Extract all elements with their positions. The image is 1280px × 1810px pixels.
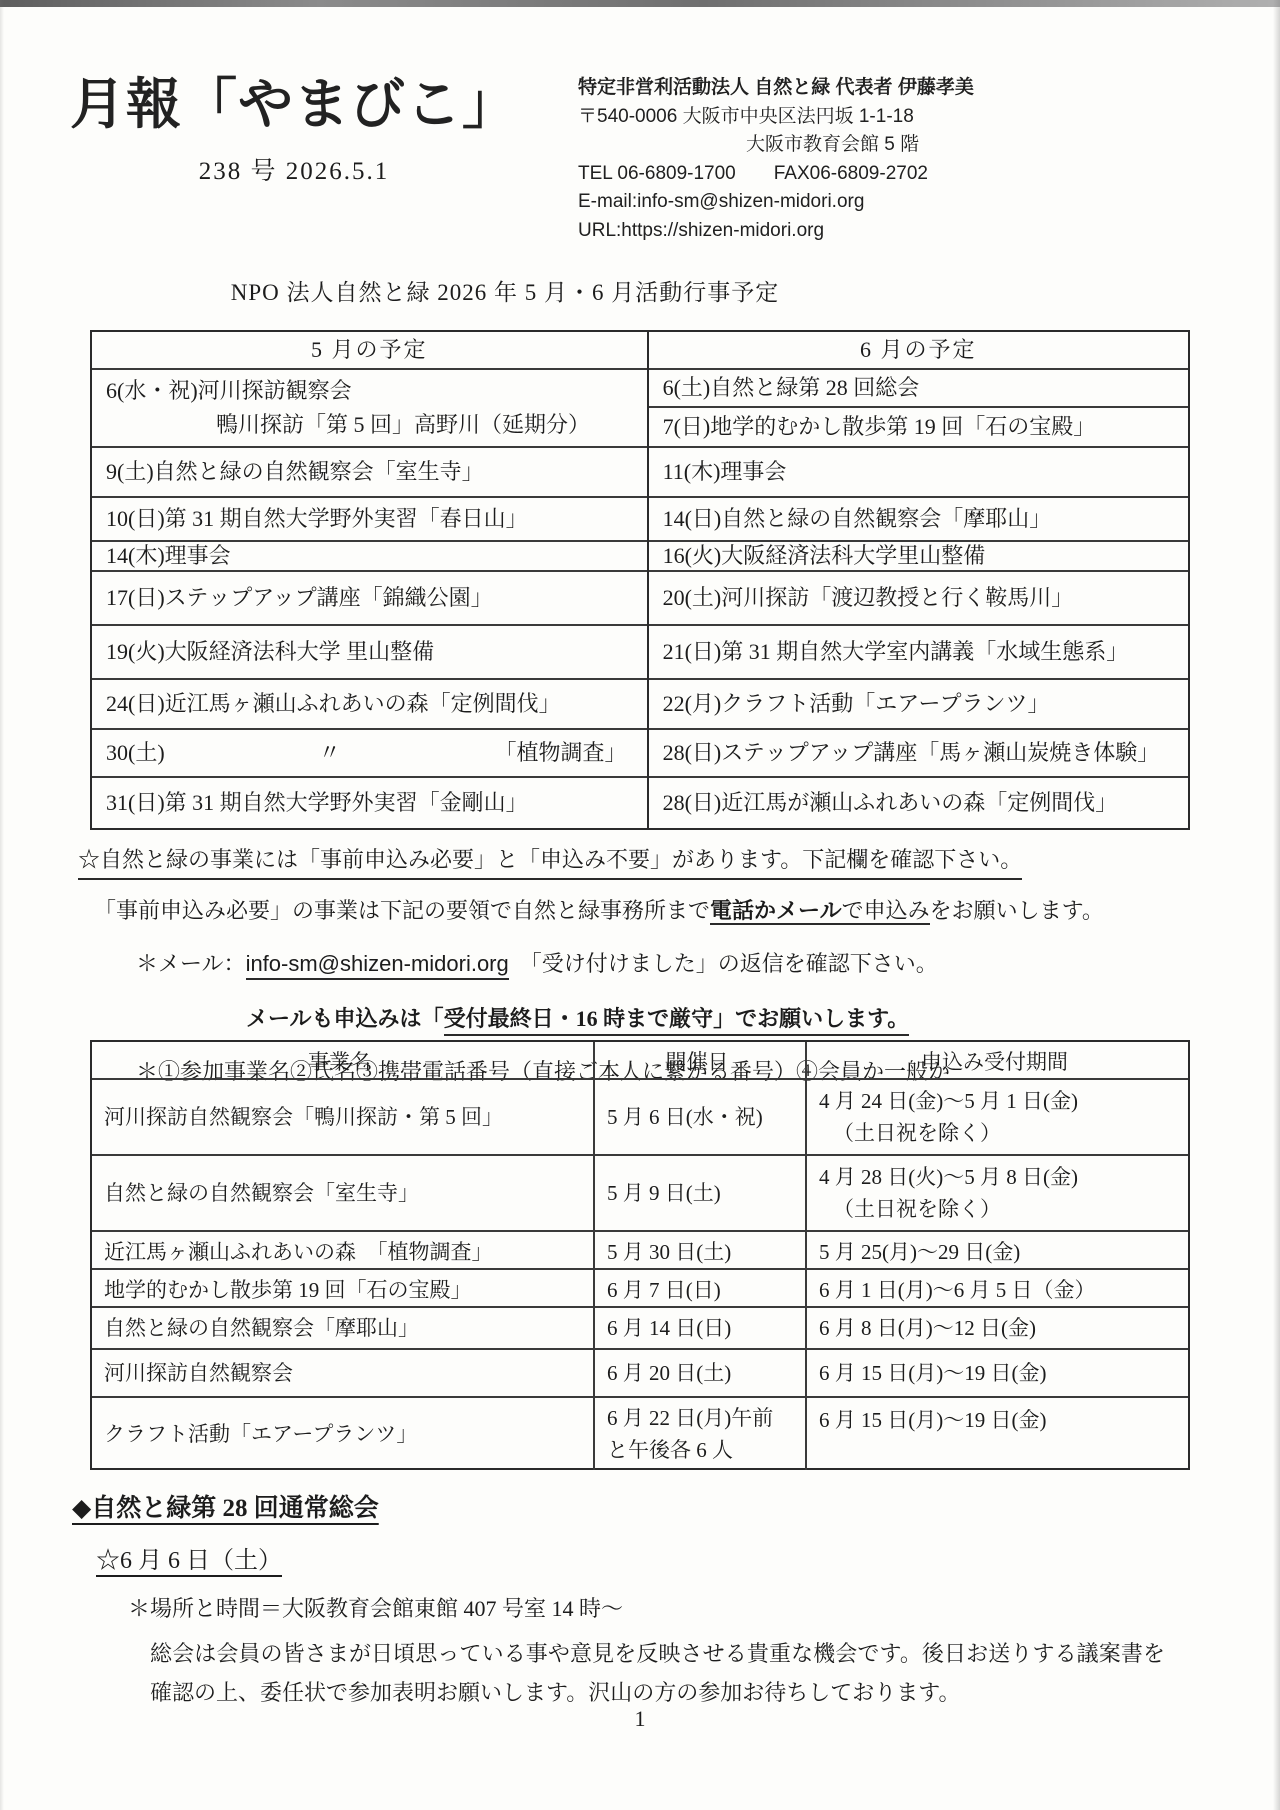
activity-row: 31(日)第 31 期自然大学野外実習「金剛山」 xyxy=(92,776,647,828)
schedule-section-title: NPO 法人自然と緑 2026 年 5 月・6 月活動行事予定 xyxy=(90,274,920,307)
activity-row: 22(月)クラフト活動「エアープランツ」 xyxy=(649,678,1188,728)
newsletter-title: 月報「やまびこ」 xyxy=(70,60,518,139)
activity-row: 9(土)自然と緑の自然観察会「室生寺」 xyxy=(92,446,647,496)
activity-row: 6(水・祝)河川探訪観察会 鴨川探訪「第 5 回」高野川（延期分） xyxy=(92,368,647,446)
ditto-mark: 〃 xyxy=(319,736,341,770)
activity-row: 17(日)ステップアップ講座「錦織公園」 xyxy=(92,570,647,624)
scan-edge-left xyxy=(0,0,4,1810)
signup-row: クラフト活動「エアープランツ」 6 月 22 日(月)午前と午後各 6 人 6 … xyxy=(92,1396,1188,1468)
activity-row: 14(木)理事会 xyxy=(92,540,647,570)
june-column: 6 月の予定 6(土)自然と緑第 28 回総会 7(日)地学的むかし散歩第 19… xyxy=(647,332,1188,828)
note-line-1: ☆自然と緑の事業には「事前申込み必要」と「申込み不要」があります。下記欄を確認下… xyxy=(78,843,1022,880)
activity-schedule-table: 5 月の予定 6(水・祝)河川探訪観察会 鴨川探訪「第 5 回」高野川（延期分）… xyxy=(90,330,1190,830)
url-line: URL:https://shizen-midori.org xyxy=(578,217,974,246)
activity-row: 28(日)ステップアップ講座「馬ヶ瀬山炭焼き体験」 xyxy=(649,728,1188,776)
may-column-header: 5 月の予定 xyxy=(92,332,647,368)
header-event-date: 開催日 xyxy=(593,1042,805,1082)
activity-row: 10(日)第 31 期自然大学野外実習「春日山」 xyxy=(92,496,647,540)
activity-row: 7(日)地学的むかし散歩第 19 回「石の宝殿」 xyxy=(649,406,1188,446)
tel-fax-line: TEL 06-6809-1700 FAX06-6809-2702 xyxy=(578,160,974,189)
scanned-newsletter-page: 月報「やまびこ」 238 号 2026.5.1 特定非営利活動法人 自然と緑 代… xyxy=(0,0,1280,1810)
application-email: info-sm@shizen-midori.org xyxy=(246,951,509,980)
masthead: 月報「やまびこ」 238 号 2026.5.1 xyxy=(70,60,518,187)
organization-line: 特定非営利活動法人 自然と緑 代表者 伊藤孝美 xyxy=(578,74,974,103)
signup-table-header-row: 事業名 開催日 申込み受付期間 xyxy=(92,1042,1188,1078)
note-line-email: ＊メール：info-sm@shizen-midori.org 「受け付けました」… xyxy=(136,947,1213,978)
general-meeting-heading: ◆自然と緑第 28 回通常総会 xyxy=(72,1488,379,1524)
note-line-deadline: メールも申込みは「受付最終日・16 時まで厳守」でお願いします。 xyxy=(246,1002,1213,1033)
activity-row: 6(土)自然と緑第 28 回総会 xyxy=(649,368,1188,406)
signup-row: 河川探訪自然観察会 6 月 20 日(土) 6 月 15 日(月)～19 日(金… xyxy=(92,1348,1188,1396)
note-line-2: 「事前申込み必要」の事業は下記の要領で自然と緑事務所まで電話かメールで申込みをお… xyxy=(94,894,1213,925)
signup-row: 自然と緑の自然観察会「室生寺」 5 月 9 日(土) 4 月 28 日(火)～5… xyxy=(92,1154,1188,1230)
signup-row: 地学的むかし散歩第 19 回「石の宝殿」 6 月 7 日(日) 6 月 1 日(… xyxy=(92,1268,1188,1306)
general-meeting-date: ☆6 月 6 日（土） xyxy=(96,1540,282,1575)
activity-row: 19(火)大阪経済法科大学 里山整備 xyxy=(92,624,647,678)
building-line: 大阪市教育会館 5 階 xyxy=(578,131,974,160)
signup-row: 自然と緑の自然観察会「摩耶山」 6 月 14 日(日) 6 月 8 日(月)～1… xyxy=(92,1306,1188,1348)
header-event-name: 事業名 xyxy=(92,1042,593,1082)
email-line: E-mail:info-sm@shizen-midori.org xyxy=(578,188,974,217)
contact-block: 特定非営利活動法人 自然と緑 代表者 伊藤孝美 〒540-0006 大阪市中央区… xyxy=(578,74,974,245)
general-meeting-place-time: ＊場所と時間＝大阪教育会館東館 407 号室 14 時～ xyxy=(128,1592,623,1623)
general-meeting-description: 総会は会員の皆さまが日頃思っている事や意見を反映させる貴重な機会です。後日お送り… xyxy=(150,1634,1165,1712)
activity-row: 30(土) 〃 「植物調査」 xyxy=(92,728,647,776)
signup-row: 近江馬ヶ瀬山ふれあいの森 「植物調査」 5 月 30 日(土) 5 月 25(月… xyxy=(92,1230,1188,1268)
header-signup-period: 申込み受付期間 xyxy=(805,1042,1188,1082)
scan-edge-right xyxy=(1273,0,1280,1810)
scan-edge-top xyxy=(0,0,1280,7)
activity-row: 11(木)理事会 xyxy=(649,446,1188,496)
activity-row: 24(日)近江馬ヶ瀬山ふれあいの森「定例間伐」 xyxy=(92,678,647,728)
activity-row: 28(日)近江馬が瀬山ふれあいの森「定例間伐」 xyxy=(649,776,1188,828)
postal-address: 〒540-0006 大阪市中央区法円坂 1-1-18 xyxy=(578,103,974,132)
activity-row: 20(土)河川探訪「渡辺教授と行く鞍馬川」 xyxy=(649,570,1188,624)
page-number: 1 xyxy=(0,1706,1280,1732)
may-column: 5 月の予定 6(水・祝)河川探訪観察会 鴨川探訪「第 5 回」高野川（延期分）… xyxy=(92,332,647,828)
signup-period-table: 事業名 開催日 申込み受付期間 河川探訪自然観察会「鴨川探訪・第 5 回」 5 … xyxy=(90,1040,1190,1470)
june-column-header: 6 月の予定 xyxy=(649,332,1188,368)
activity-row: 14(日)自然と緑の自然観察会「摩耶山」 xyxy=(649,496,1188,540)
activity-row: 16(火)大阪経済法科大学里山整備 xyxy=(649,540,1188,570)
activity-row: 21(日)第 31 期自然大学室内講義「水域生態系」 xyxy=(649,624,1188,678)
signup-row: 河川探訪自然観察会「鴨川探訪・第 5 回」 5 月 6 日(水・祝) 4 月 2… xyxy=(92,1078,1188,1154)
issue-number-date: 238 号 2026.5.1 xyxy=(70,151,518,187)
